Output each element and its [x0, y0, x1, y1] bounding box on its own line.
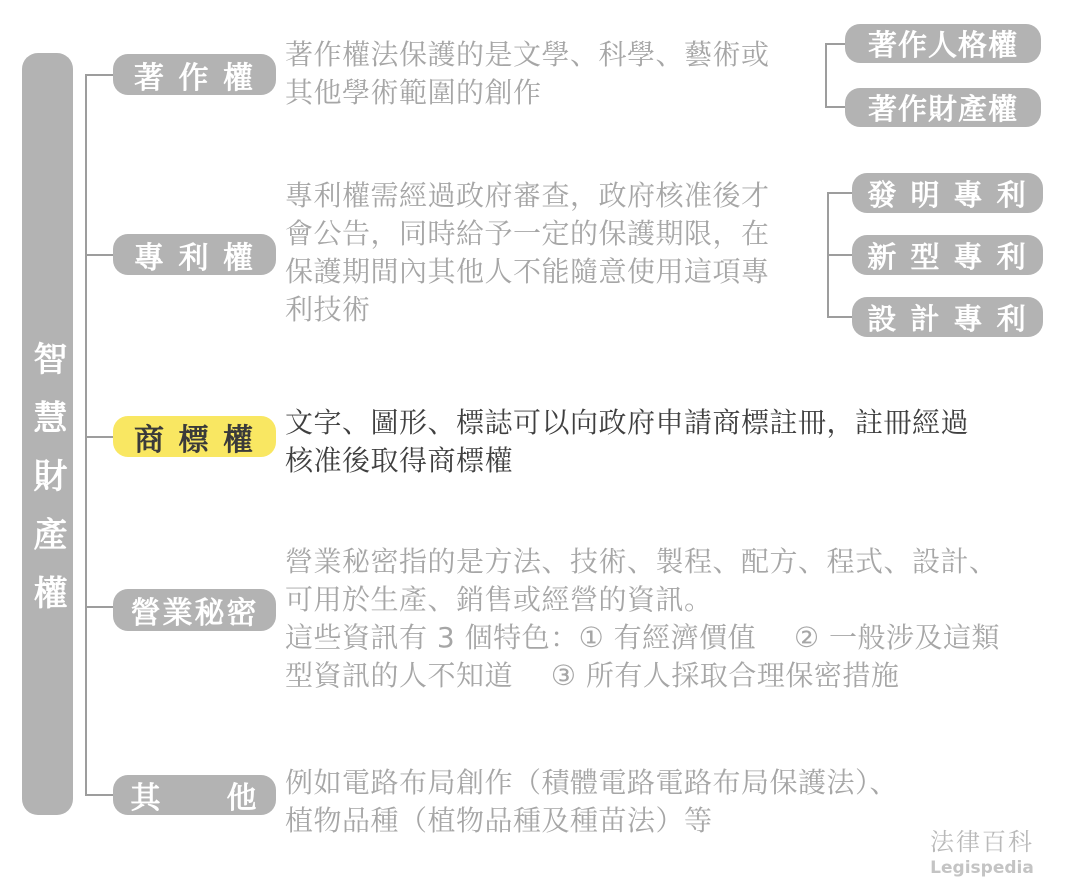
branch-label-others: 其 他 [131, 773, 259, 817]
branch-badge-trade-secret: 營業秘密 [113, 589, 276, 631]
connector-line-patent [85, 254, 113, 256]
sub-label-moral-rights: 著作人格權 [868, 23, 1018, 64]
branch-desc-patent: 專利權需經過政府審查，政府核准後才 會公告，同時給予一定的保護期限，在 保護期間… [285, 177, 770, 329]
branch-desc-copyright: 著作權法保護的是文學、科學、藝術或 其他學術範圍的創作 [285, 36, 770, 112]
sub-badge-moral-rights: 著作人格權 [845, 24, 1041, 63]
watermark-subtitle: Legispedia [917, 858, 1047, 878]
branch-desc-trademark: 文字、圖形、標誌可以向政府申請商標註冊，註冊經過 核准後取得商標權 [285, 404, 969, 480]
connector-line-invention-patent [827, 192, 852, 194]
connector-line-trade-secret [85, 606, 113, 608]
branch-desc-others: 例如電路布局創作（積體電路電路布局保護法）、 植物品種（植物品種及種苗法）等 [285, 764, 898, 840]
sub-label-economic-rights: 著作財產權 [868, 87, 1018, 128]
branch-desc-trade-secret: 營業秘密指的是方法、技術、製程、配方、程式、設計、 可用於生產、銷售或經營的資訊… [285, 543, 1000, 695]
root-node-label: 智慧財產權 [23, 341, 72, 633]
watermark-title: 法律百科 [917, 822, 1047, 857]
branch-label-trademark: 商 標 權 [134, 415, 255, 459]
ip-rights-diagram: 智慧財產權 著 作 權 專 利 權 商 標 權 營業秘密 其 他 著作權法保護的… [0, 0, 1065, 885]
sub-badge-utility-model-patent: 新 型 專 利 [852, 235, 1043, 275]
connector-line-economic-rights [825, 106, 845, 108]
branch-badge-patent: 專 利 權 [113, 234, 276, 275]
branch-badge-copyright: 著 作 權 [113, 54, 276, 95]
connector-line-utility-model-patent [827, 254, 852, 256]
sub-label-design-patent: 設 計 專 利 [867, 297, 1027, 338]
connector-line-design-patent [827, 316, 852, 318]
legispedia-watermark: 法律百科 Legispedia [917, 822, 1047, 878]
branch-badge-others: 其 他 [113, 775, 276, 815]
connector-line-others [85, 794, 113, 796]
branch-label-copyright: 著 作 權 [134, 53, 255, 97]
connector-line-moral-rights [825, 43, 845, 45]
bracket-line-copyright-children [825, 43, 827, 108]
branch-label-trade-secret: 營業秘密 [131, 588, 259, 632]
sub-badge-design-patent: 設 計 專 利 [852, 297, 1043, 337]
branch-label-patent: 專 利 權 [134, 233, 255, 277]
sub-label-invention-patent: 發 明 專 利 [867, 173, 1027, 214]
connector-line-trademark [85, 436, 113, 438]
sub-badge-economic-rights: 著作財產權 [845, 88, 1041, 127]
trunk-connector-line [85, 74, 87, 796]
connector-line-copyright [85, 74, 113, 76]
branch-badge-trademark-highlighted: 商 標 權 [113, 416, 276, 457]
root-node-intellectual-property-rights: 智慧財產權 [22, 53, 73, 815]
sub-badge-invention-patent: 發 明 專 利 [852, 173, 1043, 213]
sub-label-utility-model-patent: 新 型 專 利 [867, 235, 1027, 276]
